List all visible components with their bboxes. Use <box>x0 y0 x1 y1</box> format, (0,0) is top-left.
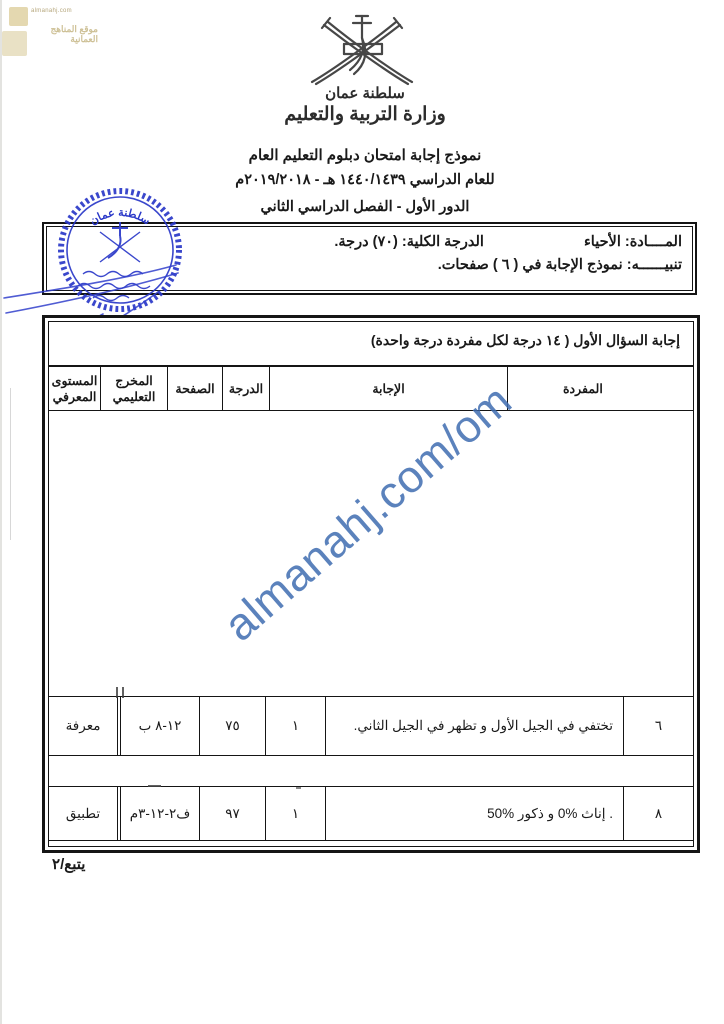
cell-outcome: ف٢-١٢-٣م <box>117 787 199 840</box>
scanned-exam-answer-key-page: almanahj.com موقع المناهج العمانية سلطنة… <box>0 0 724 1024</box>
session-line: الدور الأول - الفصل الدراسي الثاني <box>205 199 525 215</box>
sultanate-calligraphy: سلطنة عمان <box>240 84 490 102</box>
erasure-tick-mark <box>148 785 161 787</box>
table-header-row: المفردة الإجابة الدرجة الصفحة المخرج الت… <box>49 367 693 411</box>
almanahj-corner-logo: almanahj.com موقع المناهج العمانية <box>0 0 110 90</box>
logo-square-icon <box>2 31 27 56</box>
erased-rows-area <box>49 411 693 696</box>
table-row: ٨ . إناث %0 و ذكور %50 ١ ٩٧ ف٢-١٢-٣م تطب… <box>49 786 693 841</box>
page-edge-shadow <box>0 0 2 1024</box>
column-header-mark: الدرجة <box>222 367 269 410</box>
logo-square-icon <box>9 7 28 26</box>
column-header-item: المفردة <box>507 367 693 410</box>
answers-table-frame: إجابة السؤال الأول ( ١٤ درجة لكل مفردة د… <box>48 321 694 847</box>
cell-outcome: ١٢-٨ ب <box>117 697 199 755</box>
cell-page: ٧٥ <box>199 697 265 755</box>
subject-info-box: المــــادة: الأحياء الدرجة الكلية: (٧٠) … <box>42 222 697 295</box>
cell-mark: ١ <box>265 697 325 755</box>
scan-edge-line <box>10 388 11 540</box>
cell-level: تطبيق <box>49 787 117 840</box>
erasure-tick-mark <box>296 787 301 789</box>
erasure-tick-mark <box>116 687 124 698</box>
cell-item: ٦ <box>623 697 693 755</box>
corner-arabic-text: موقع المناهج العمانية <box>28 24 98 44</box>
notice-label: تنبيــــــه: نموذج الإجابة في ( ٦ ) صفحا… <box>47 257 682 273</box>
answers-table: إجابة السؤال الأول ( ١٤ درجة لكل مفردة د… <box>42 315 700 853</box>
document-title: نموذج إجابة امتحان دبلوم التعليم العام <box>205 146 525 164</box>
column-header-level: المستوى المعرفي <box>49 367 100 410</box>
oman-national-emblem-icon <box>302 14 422 86</box>
cell-mark: ١ <box>265 787 325 840</box>
row-gap <box>49 756 693 786</box>
ministry-calligraphy: وزارة التربية والتعليم <box>205 103 525 126</box>
academic-year-line: للعام الدراسي ١٤٤٠/١٤٣٩ هـ - ٢٠١٩/٢٠١٨م <box>195 172 535 188</box>
table-row: ٦ تختفي في الجيل الأول و تظهر في الجيل ا… <box>49 696 693 756</box>
subject-info-box-inner: المــــادة: الأحياء الدرجة الكلية: (٧٠) … <box>46 226 693 291</box>
subject-row: المــــادة: الأحياء الدرجة الكلية: (٧٠) … <box>47 234 682 250</box>
question-title-row: إجابة السؤال الأول ( ١٤ درجة لكل مفردة د… <box>49 322 693 367</box>
cell-level: معرفة <box>49 697 117 755</box>
cell-item: ٨ <box>623 787 693 840</box>
cell-answer: تختفي في الجيل الأول و تظهر في الجيل الث… <box>325 697 623 755</box>
continued-page-label: يتبع/٢ <box>52 855 85 873</box>
subject-label: المــــادة: الأحياء <box>584 234 682 250</box>
cell-answer: . إناث %0 و ذكور %50 <box>325 787 623 840</box>
corner-site-text: almanahj.com <box>31 8 72 14</box>
column-header-page: الصفحة <box>167 367 222 410</box>
column-header-outcome: المخرج التعليمي <box>100 367 167 410</box>
total-mark-label: الدرجة الكلية: (٧٠) درجة. <box>334 234 484 250</box>
cell-page: ٩٧ <box>199 787 265 840</box>
